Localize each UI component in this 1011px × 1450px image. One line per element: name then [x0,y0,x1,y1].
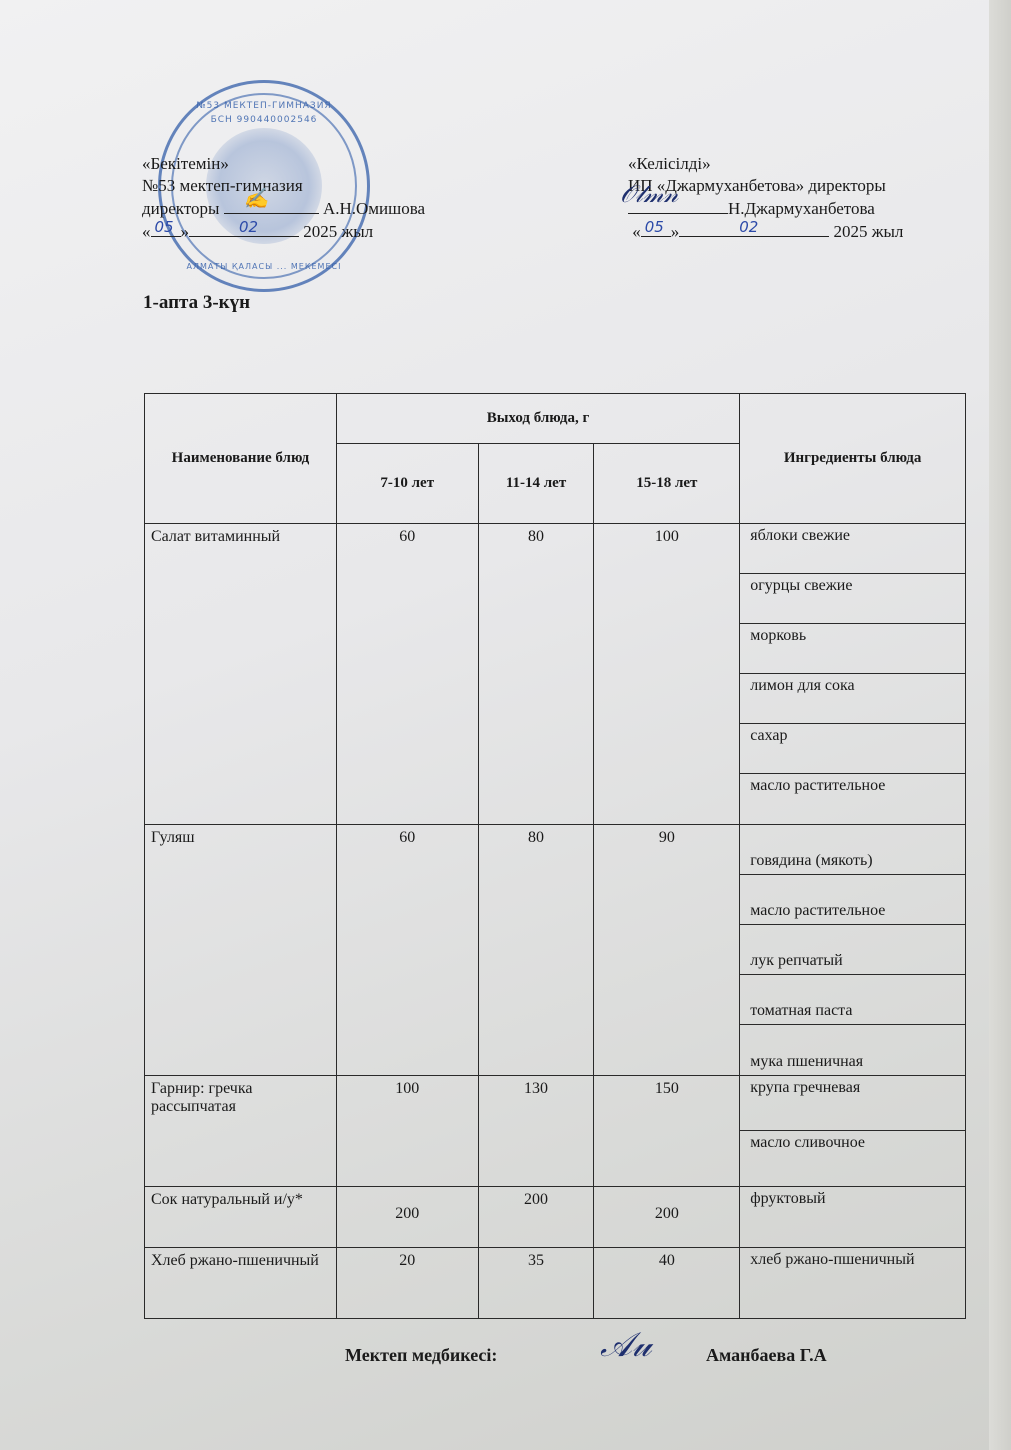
ingredient-item: томатная паста [740,975,965,1025]
date-month: 02 [239,216,258,238]
approval-title: «Бекітемін» [142,153,472,175]
ingredient-label: яблоки свежие [750,527,850,544]
ingredient-label: огурцы свежие [750,577,852,594]
approval-signer: А.Н.Омишова [323,199,425,218]
yield-value: 80 [478,524,594,825]
yield-value: 90 [594,825,740,1076]
approval-title: «Келісілді» [628,153,958,175]
yield-value: 60 [336,825,478,1076]
ingredient-item: крупа гречневая [740,1076,965,1131]
ingredient-item: масло растительное [740,774,965,824]
table-row: Салат витаминный6080100яблоки свежиеогур… [145,524,966,825]
signature-icon: 𝒪𝓁𝓂𝓃 [620,183,678,205]
ingredient-label: морковь [750,627,806,644]
approval-signer-line: 𝒪𝓁𝓂𝓃 Н.Джармуханбетова [628,197,958,220]
nurse-label: Мектеп медбикесі: [345,1345,497,1366]
week-day-heading: 1-апта 3-күн [143,292,250,314]
ingredient-item: говядина (мякоть) [740,825,965,875]
yield-value: 130 [478,1076,594,1187]
ingredient-label: фруктовый [750,1190,825,1207]
ingredient-label: масло растительное [750,902,885,920]
dish-name: Гарнир: гречка рассыпчатая [145,1076,337,1187]
stamp-bin-text: БСН 990440002546 [161,115,367,125]
ingredients-cell: крупа гречневаямасло сливочное [740,1076,966,1187]
approval-date: «05»02 2025 жыл [628,220,958,243]
header-ingredients: Ингредиенты блюда [740,394,966,524]
yield-value: 60 [336,524,478,825]
ingredients-cell: яблоки свежиеогурцы свежиеморковьлимон д… [740,524,966,825]
table-row: Сок натуральный и/у*200200200фруктовый [145,1187,966,1248]
ingredient-label: сахар [750,727,787,744]
ingredient-label: крупа гречневая [750,1079,860,1096]
ingredient-item: лук репчатый [740,925,965,975]
yield-value: 200 [594,1187,740,1248]
ingredient-item: масло растительное [740,875,965,925]
yield-value: 20 [336,1248,478,1319]
table-row: Хлеб ржано-пшеничный203540хлеб ржано-пше… [145,1248,966,1319]
yield-value: 200 [336,1187,478,1248]
ingredients-cell: хлеб ржано-пшеничный [740,1248,966,1319]
header-yield: Выход блюда, г [336,394,739,444]
ingredient-item: сахар [740,724,965,774]
dish-name: Хлеб ржано-пшеничный [145,1248,337,1319]
ingredient-item: лимон для сока [740,674,965,724]
header-age-11-14: 11-14 лет [478,444,594,524]
ingredient-label: лук репчатый [750,952,842,970]
header-age-15-18: 15-18 лет [594,444,740,524]
dish-name: Салат витаминный [145,524,337,825]
ingredients-cell: фруктовый [740,1187,966,1248]
dish-name: Гуляш [145,825,337,1076]
date-day: 05 [645,216,664,238]
ingredient-label: масло растительное [750,777,885,794]
table-row: Гуляш608090говядина (мякоть)масло растит… [145,825,966,1076]
date-year: 2025 жыл [834,222,904,241]
ingredients-cell: говядина (мякоть)масло растительноелук р… [740,825,966,1076]
ingredient-item: морковь [740,624,965,674]
date-year: 2025 жыл [303,222,373,241]
ingredient-item: фруктовый [740,1187,965,1247]
ingredient-item: мука пшеничная [740,1025,965,1075]
approval-org: №53 мектеп-гимназия [142,175,472,197]
yield-value: 100 [336,1076,478,1187]
ingredient-label: говядина (мякоть) [750,852,872,870]
ingredient-item: хлеб ржано-пшеничный [740,1248,965,1318]
approval-block-agreed: «Келісілді» ИП «Джармуханбетова» директо… [628,153,958,243]
page-edge [989,0,1011,1450]
ingredient-label: хлеб ржано-пшеничный [750,1251,914,1268]
ingredient-item: масло сливочное [740,1131,965,1186]
yield-value: 35 [478,1248,594,1319]
approval-block-approved: «Бекітемін» №53 мектеп-гимназия директор… [142,153,472,243]
yield-value: 40 [594,1248,740,1319]
header-age-7-10: 7-10 лет [336,444,478,524]
menu-table: Наименование блюд Выход блюда, г Ингреди… [144,393,966,1319]
signature-line: 𝒪𝓁𝓂𝓃 [628,197,728,214]
yield-value: 150 [594,1076,740,1187]
nurse-signature-icon: 𝒜𝓊 [600,1325,651,1365]
yield-value: 200 [478,1187,594,1248]
yield-value: 100 [594,524,740,825]
approval-signer-line: директоры ✍ А.Н.Омишова [142,197,472,220]
approval-date: «05»02 2025 жыл [142,220,472,243]
date-month: 02 [739,216,758,238]
signature-line: ✍ [224,197,319,214]
nurse-name: Аманбаева Г.А [706,1345,827,1366]
ingredient-item: огурцы свежие [740,574,965,624]
table-row: Гарнир: гречка рассыпчатая100130150крупа… [145,1076,966,1187]
yield-value: 80 [478,825,594,1076]
header-dish-name: Наименование блюд [145,394,337,524]
signature-icon: ✍ [244,187,269,209]
ingredient-label: томатная паста [750,1002,852,1020]
stamp-org-text: №53 МЕКТЕП-ГИМНАЗИЯ [161,101,367,111]
ingredient-label: масло сливочное [750,1134,865,1151]
date-day: 05 [155,216,174,238]
ingredient-label: лимон для сока [750,677,854,694]
ingredient-item: яблоки свежие [740,524,965,574]
stamp-city-text: АЛМАТЫ ҚАЛАСЫ ... МЕКЕМЕСІ [161,262,367,271]
dish-name: Сок натуральный и/у* [145,1187,337,1248]
ingredient-label: мука пшеничная [750,1053,863,1071]
